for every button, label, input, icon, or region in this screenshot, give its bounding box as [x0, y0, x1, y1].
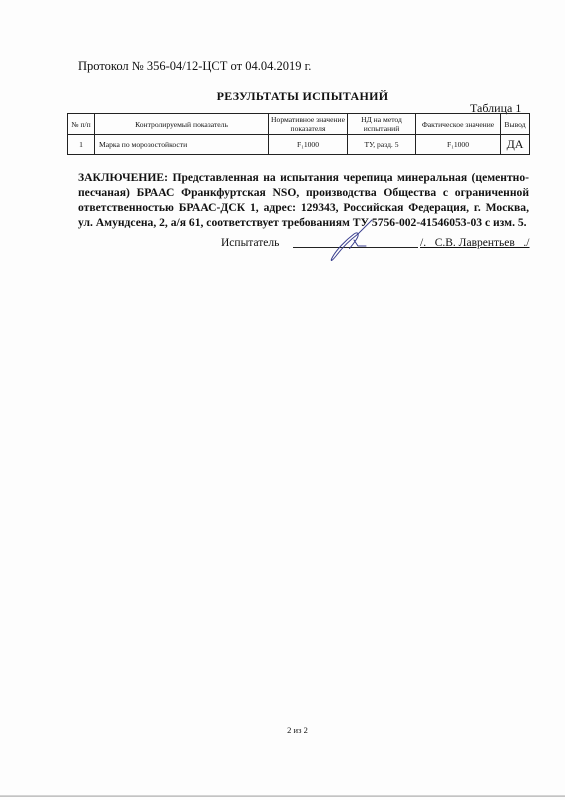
cell-num: 1 [68, 135, 95, 155]
cell-norm: F₁1000 [269, 135, 348, 155]
table-row: 1 Марка по морозостойкости F₁1000 ТУ, ра… [68, 135, 530, 155]
header-num: № п/п [68, 114, 95, 135]
conclusion-paragraph: ЗАКЛЮЧЕНИЕ: Представленная на испытания … [78, 170, 529, 230]
cell-verdict: ДА [501, 135, 530, 155]
header-actual: Фактическое значение [416, 114, 501, 135]
cell-actual: F₁1000 [416, 135, 501, 155]
header-method: НД на метод испытаний [348, 114, 416, 135]
scan-edge [0, 795, 565, 797]
protocol-heading: Протокол № 356-04/12-ЦСТ от 04.04.2019 г… [78, 59, 311, 74]
page-number: 2 из 2 [0, 725, 565, 735]
header-verdict: Вывод [501, 114, 530, 135]
cell-method: ТУ, разд. 5 [348, 135, 416, 155]
signer-name: /. С.В. Лаврентьев ./ [420, 237, 530, 249]
table-header-row: № п/п Контролируемый показатель Норматив… [68, 114, 530, 135]
results-table: № п/п Контролируемый показатель Норматив… [67, 113, 530, 155]
signature-mark-icon [320, 218, 380, 263]
cell-indicator: Марка по морозостойкости [95, 135, 269, 155]
header-indicator: Контролируемый показатель [95, 114, 269, 135]
header-norm: Нормативное значение показателя [269, 114, 348, 135]
signer-label: Испытатель [221, 237, 279, 249]
